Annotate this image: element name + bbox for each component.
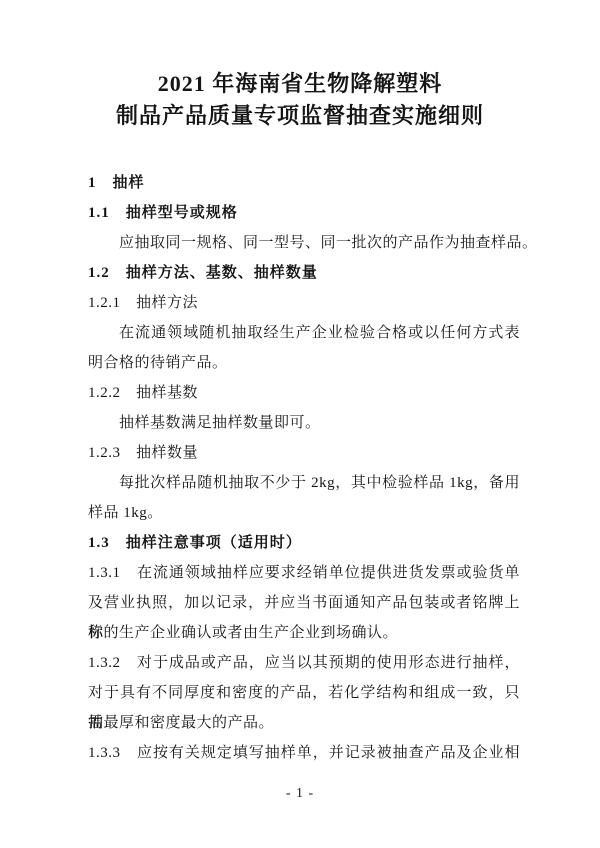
- document-page: 2021 年海南省生物降解塑料 制品产品质量专项监督抽查实施细则 1 抽样1.1…: [0, 0, 600, 848]
- document-line: 样品 1kg。: [88, 498, 520, 528]
- document-line: 1 抽样: [88, 168, 520, 198]
- document-line: 明合格的待销产品。: [88, 348, 520, 378]
- document-line: 1.3.3 应按有关规定填写抽样单，并记录被抽查产品及企业相: [88, 738, 520, 768]
- document-line: 应抽取同一规格、同一型号、同一批次的产品作为抽查样品。: [88, 228, 520, 258]
- document-line: 及营业执照，加以记录，并应当书面通知产品包装或者铭牌上标: [88, 588, 520, 618]
- document-line: 抽样基数满足抽样数量即可。: [88, 408, 520, 438]
- page-number: - 1 -: [0, 783, 600, 805]
- document-line: 在流通领域随机抽取经生产企业检验合格或以任何方式表: [88, 318, 520, 348]
- document-title-line-2: 制品产品质量专项监督抽查实施细则: [0, 100, 600, 132]
- document-line: 1.3.1 在流通领域抽样应要求经销单位提供进货发票或验货单: [88, 558, 520, 588]
- document-line: 抽最厚和密度最大的产品。: [88, 708, 520, 738]
- document-line: 1.2.2 抽样基数: [88, 378, 520, 408]
- document-line: 1.1 抽样型号或规格: [88, 198, 520, 228]
- document-line: 1.2 抽样方法、基数、抽样数量: [88, 258, 520, 288]
- document-line: 1.2.1 抽样方法: [88, 288, 520, 318]
- document-line: 1.3 抽样注意事项（适用时）: [88, 528, 520, 558]
- document-title: 2021 年海南省生物降解塑料 制品产品质量专项监督抽查实施细则: [0, 68, 600, 132]
- document-line: 1.2.3 抽样数量: [88, 438, 520, 468]
- document-line: 1.3.2 对于成品或产品，应当以其预期的使用形态进行抽样，: [88, 648, 520, 678]
- document-line: 称的生产企业确认或者由生产企业到场确认。: [88, 618, 520, 648]
- document-body: 1 抽样1.1 抽样型号或规格应抽取同一规格、同一型号、同一批次的产品作为抽查样…: [88, 168, 520, 768]
- document-line: 对于具有不同厚度和密度的产品，若化学结构和组成一致，只需: [88, 678, 520, 708]
- document-title-line-1: 2021 年海南省生物降解塑料: [0, 68, 600, 100]
- document-line: 每批次样品随机抽取不少于 2kg，其中检验样品 1kg，备用: [88, 468, 520, 498]
